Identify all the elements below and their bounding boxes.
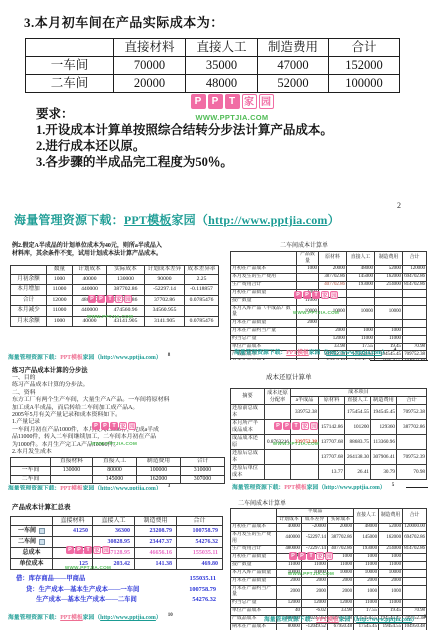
- row-label: 期末在产品成本: [231, 623, 277, 630]
- journal-entry: 借：库存商品——甲商品155035.11贷：生产成本—基本生产成本——一车间10…: [16, 574, 216, 606]
- download-footer: 海量管理资源下载：PPT模板家园（http://www.pptjia.com）4: [234, 347, 396, 356]
- cost-restoration-table: 摘要 成本还原分配率 成本项目 a半成品 原材料 直接人工 制造费用 合计 还原…: [230, 388, 427, 480]
- cell: 12000: [302, 600, 328, 608]
- cell: 1000: [354, 585, 379, 599]
- footer-text: 家园: [171, 213, 195, 227]
- cell: 67950.48: [328, 623, 354, 630]
- table-row: 还原前总成本339752.38175454.55194545.45709752.…: [231, 405, 427, 420]
- cell: 814702.86: [403, 282, 427, 290]
- slide-title: 产品成本计算汇总表: [12, 502, 71, 511]
- slide-workshop2-plan-cost-sheet: 二车间成本计算单 半成品 直接人工 制造费用 合计 计划成本 成本差异 实际成本…: [228, 490, 428, 630]
- cell: 35000: [186, 57, 258, 75]
- header-cell: 直接人工: [354, 509, 379, 524]
- cell: 12000: [47, 295, 73, 306]
- header-cell: [11, 458, 51, 467]
- download-footer: 海量管理资源下载：PPT模板家园（http://www.pptjia.com）5: [232, 482, 394, 490]
- cell: -12049.52: [302, 623, 328, 630]
- header-cell: 成本差异: [302, 516, 328, 524]
- cell: [375, 289, 403, 297]
- row-label: 还原后总成本: [231, 450, 265, 465]
- cell: 387702.86: [328, 532, 354, 546]
- pptjia-url-link[interactable]: http://www.pptjia.com: [100, 615, 156, 621]
- cell: 11000: [375, 335, 403, 343]
- table-row: 本月增加11000440000387702.86-52297.14-0.1188…: [11, 285, 219, 296]
- cell: [265, 450, 291, 465]
- cell: 814702.86: [403, 546, 427, 554]
- header-cell: 计划成本差异: [145, 266, 185, 275]
- pptjia-template-link[interactable]: PPT模板: [60, 615, 83, 621]
- cell: [319, 319, 347, 327]
- cell: 23447.37: [135, 537, 177, 548]
- cell: 48000: [347, 266, 375, 274]
- cell: 104950.48: [403, 623, 427, 630]
- cell: 10000: [347, 305, 375, 319]
- cell: 125: [53, 559, 93, 570]
- cell: 407702.86: [328, 546, 354, 554]
- cell: [297, 274, 319, 282]
- header-cell: 直接人工: [93, 458, 137, 467]
- row-label: 生产费用合计: [231, 546, 277, 554]
- cell: [53, 537, 93, 548]
- header-cell: 直接材料: [53, 517, 93, 526]
- cell: [319, 297, 347, 305]
- cell: 2000: [302, 585, 328, 599]
- journal-line: 借：库存商品——甲商品155035.11: [16, 574, 216, 585]
- page-number: 10: [168, 613, 173, 618]
- row-label: 二车间: [26, 75, 114, 93]
- row-label: 月末在产品约当产量: [231, 327, 297, 335]
- journal-line: 生产成本—基本生产成本——二车间54276.32: [16, 595, 216, 606]
- cell: 2000: [277, 577, 302, 585]
- cell: 11000: [302, 562, 328, 570]
- cost-summary-table: 直接材料直接人工制造费用合计一车间412503630023208.7910075…: [10, 516, 223, 570]
- cell: 90000: [145, 274, 185, 285]
- cell: 339752.38: [291, 405, 319, 420]
- cell: 30828.95: [93, 537, 135, 548]
- cell: 1000: [297, 289, 319, 297]
- pptjia-template-link[interactable]: PPT模板: [124, 213, 172, 227]
- footer-text: （: [196, 213, 208, 227]
- cell: [265, 405, 291, 420]
- header-cell: 合计: [403, 509, 427, 524]
- cell: 12000: [319, 335, 347, 343]
- table-row: 一车间700003500047000152000: [26, 57, 400, 75]
- footer-text: ）: [156, 615, 162, 621]
- table-row: 月末在产品数量20002000200020002000: [231, 577, 427, 585]
- cell: 10000: [319, 305, 347, 319]
- cell: [291, 420, 319, 435]
- table-row: 约当总产量120001100011000: [231, 335, 427, 343]
- row-label: 生产费用合计: [231, 282, 297, 290]
- cell: 193000: [354, 546, 379, 554]
- cell: 80000: [277, 623, 302, 630]
- header-cell: 直接人工: [93, 517, 135, 526]
- cell: 11000: [354, 562, 379, 570]
- cell: 307000: [181, 475, 225, 484]
- slide-workshop2-cost-sheet: 二车间成本计算单 产品数量原材料直接人工制造费用合计月初在产品成本1000200…: [228, 235, 428, 360]
- text-line: 练习产品成本计算的分步法。: [12, 382, 228, 389]
- cell: 155035.11: [177, 548, 223, 559]
- table-row: 总成本4125067128.9546656.16155035.11: [11, 548, 223, 559]
- cell: 41250: [53, 548, 93, 559]
- row-label: 约当总产量: [231, 335, 297, 343]
- header-cell: 直接人工: [186, 39, 258, 57]
- pptjia-url-link[interactable]: http://www.pptjia.com: [356, 617, 412, 623]
- cell: [297, 327, 319, 335]
- cell: 48000: [186, 75, 258, 93]
- table-row: 月末在产品数量2000: [231, 319, 427, 327]
- header-cell: 计划成本: [277, 516, 302, 524]
- cell: 10000: [375, 305, 403, 319]
- cell: 1000: [379, 585, 403, 599]
- cell: 100000: [329, 75, 400, 93]
- cell: -20000: [302, 524, 328, 532]
- table-row: 合计12000480000517702.8637702.860.0785476: [11, 295, 219, 306]
- cell: 48000: [354, 524, 379, 532]
- cell: 694702.86: [403, 532, 427, 546]
- table-row: 本月入库产品数量1000010000100001000010000: [231, 570, 427, 578]
- cell: 480000: [73, 295, 107, 306]
- cell: [403, 305, 427, 319]
- cell: 70000: [114, 57, 186, 75]
- cell: 10000: [277, 570, 302, 578]
- header-cell: 合计: [397, 397, 427, 405]
- cell: 120000: [403, 266, 427, 274]
- cell: 52000: [379, 524, 403, 532]
- cell: 11000: [297, 297, 319, 305]
- text-line: 品11000件，转入二车间继续加工，二车间本月初在产品: [12, 434, 228, 441]
- cell: 407702.86: [319, 282, 347, 290]
- text-line: 材料库，其余条件不变，试用计划成本法计算产品成本。: [12, 250, 222, 258]
- table-row: 月初在产品数量1000: [231, 289, 427, 297]
- download-footer: 海量管理资源下载：PPT模板家园（http://www.pptjia.com）8: [8, 352, 170, 360]
- header-cell: 制造费用: [379, 509, 403, 524]
- row-label: 本月发生的生产费用: [231, 274, 297, 282]
- download-footer: 海量管理资源下载：PPT模板家园（http://www.pptjia.com）9: [264, 614, 426, 623]
- cell: 2.25: [185, 274, 219, 285]
- cell: 12000: [277, 600, 302, 608]
- cell: 694702.86: [403, 274, 427, 282]
- workshop2-plan-cost-table: 半成品 直接人工 制造费用 合计 计划成本 成本差异 实际成本 月初在产品成本4…: [230, 508, 427, 630]
- cell: [375, 297, 403, 305]
- cell: 1000: [47, 274, 73, 285]
- text-line: 为1000件。本月生产完工A产品10000件。: [12, 442, 228, 449]
- cell: 19454.55: [379, 623, 403, 630]
- cell: 37702.86: [145, 295, 185, 306]
- cell: 162000: [375, 274, 403, 282]
- cell: 709752.39: [397, 450, 427, 465]
- cell: [297, 282, 319, 290]
- text-line: 1.产量记录: [12, 419, 228, 426]
- cell: 387702.86: [397, 420, 427, 435]
- cell: 43141.905: [107, 316, 145, 327]
- table-row: 月末在产品约当产量200010001000: [231, 327, 427, 335]
- opening-wip-cost-table: 直接材料直接人工制造费用合计一车间700003500047000152000二车…: [25, 38, 400, 93]
- cell: 20000: [328, 524, 354, 532]
- cell: [403, 577, 427, 585]
- header-cell: 制造费用: [137, 458, 181, 467]
- footer-text: 家园: [339, 617, 351, 623]
- footer-text: 家园: [309, 350, 321, 356]
- cell: 214000: [375, 282, 403, 290]
- slide-cost-summary: 产品成本计算汇总表 直接材料直接人工制造费用合计一车间4125036300232…: [0, 490, 228, 630]
- text-line: 东方工厂有两个生产车间，大量生产A产品。一车间将原材料: [12, 397, 228, 404]
- cell: 13.77: [319, 465, 345, 480]
- cell: 145000: [347, 274, 375, 282]
- cell: 517702.86: [107, 295, 145, 306]
- header-cell: 成本项目: [291, 389, 427, 397]
- cell: 17545.45: [354, 623, 379, 630]
- cell: [403, 289, 427, 297]
- pptjia-url-link[interactable]: http://www.pptjia.com: [326, 350, 382, 356]
- row-label: 投产数量: [231, 297, 297, 305]
- slide-exercise-material: 练习产品成本计算的分步法 一、目的练习产品成本计算的分步法。二、资料东方工厂有两…: [0, 360, 228, 490]
- slide-cost-restoration: 成本还原计算单 摘要 成本还原分配率 成本项目 a半成品 原材料 直接人工 制造…: [228, 360, 428, 490]
- cell: 11000: [47, 306, 73, 317]
- monthly-cost-table: 直接材料直接人工制造费用合计一车间13000080000100000310000…: [10, 457, 225, 484]
- cell: 40000: [73, 316, 107, 327]
- cell: 137707.68: [319, 450, 345, 465]
- cell: 10000: [379, 570, 403, 578]
- row-label: 月末在产品数量: [231, 319, 297, 327]
- pptjia-template-link[interactable]: PPT模板: [316, 617, 339, 623]
- table-row: 投产数量11000: [231, 297, 427, 305]
- cell: 10000: [302, 570, 328, 578]
- cell: 11000: [47, 285, 73, 296]
- pptjia-template-link[interactable]: PPT模板: [286, 350, 309, 356]
- cell: [297, 335, 319, 343]
- header-cell: 实际成本: [328, 516, 354, 524]
- header-cell: 计划成本: [73, 266, 107, 275]
- footer-text: ）: [328, 213, 340, 227]
- cell: 709752.38: [403, 351, 427, 359]
- cell: 1000: [354, 554, 379, 562]
- cell: 70.98: [403, 343, 427, 351]
- cell: 130000: [51, 466, 93, 475]
- header-cell: 合计: [403, 252, 427, 266]
- journal-account: 贷：生产成本—基本生产成本——一车间: [26, 585, 139, 596]
- download-footer: 海量管理资源下载：PPT模板家园（http://www.pptjia.com）1…: [8, 612, 173, 621]
- table-row: 二车间30828.9523447.3754276.32: [11, 537, 223, 548]
- row-label: 还原前总成本: [231, 405, 265, 420]
- text-line: 2.本月发生成本: [12, 449, 228, 456]
- plan-cost-ledger-table: 数量计划成本实际成本计划成本差异成本差异率月初余额100040000130000…: [10, 265, 219, 327]
- journal-account: 借：库存商品——甲商品: [16, 574, 85, 585]
- cell: 11000: [354, 600, 379, 608]
- header-cell: 制造费用: [375, 252, 403, 266]
- header-cell: 制造费用: [135, 517, 177, 526]
- table-row: 月末余额10004000043141.9053141.9050.0785476: [11, 316, 219, 327]
- header-cell: [26, 39, 114, 57]
- cell: 141.38: [135, 559, 177, 570]
- cell: 40000: [73, 274, 107, 285]
- cell: 440000: [73, 306, 107, 317]
- cell: 11000: [379, 562, 403, 570]
- exercise-text: 一、目的练习产品成本计算的分步法。二、资料东方工厂有两个生产车间，大量生产A产品…: [12, 375, 228, 456]
- cell: 0.0785476: [185, 295, 219, 306]
- journal-line: 贷：生产成本—基本生产成本——一车间100758.79: [16, 585, 216, 596]
- header-cell: 原材料: [319, 252, 347, 266]
- cell: 1000: [375, 327, 403, 335]
- footer-text: 海量管理资源下载：: [14, 213, 124, 227]
- row-label: 单位成本: [11, 559, 53, 570]
- table-row: 投产数量1100011000110001100011000: [231, 562, 427, 570]
- cell: [319, 289, 347, 297]
- cell: 193000: [347, 282, 375, 290]
- cell: 34560.955: [145, 306, 185, 317]
- cell: 11000: [277, 562, 302, 570]
- page-number: 4: [394, 348, 397, 353]
- cell: 152000: [329, 57, 400, 75]
- cell: -0.118857: [185, 285, 219, 296]
- cell: [291, 465, 319, 480]
- cell: 157142.86: [319, 420, 345, 435]
- slide-title: 练习产品成本计算的分步法: [12, 365, 88, 374]
- cell: 1000: [347, 327, 375, 335]
- table-row: 月初在产品数量10001000100010001000: [231, 554, 427, 562]
- cell: [403, 570, 427, 578]
- text-line: 要求：: [36, 106, 333, 122]
- cell: 1000: [379, 554, 403, 562]
- page-title: 3.本月初车间在产品实际成本为：: [24, 12, 224, 31]
- cell: 11000: [379, 600, 403, 608]
- cell: 26.41: [345, 465, 371, 480]
- cell: 162000: [379, 532, 403, 546]
- cell: -72297.14: [302, 546, 328, 554]
- journal-amount: 155035.11: [190, 574, 216, 585]
- text-line: 1.开设成本计算单按照综合结转分步法计算产品成本。: [36, 122, 333, 138]
- cell: 20000: [114, 75, 186, 93]
- cell: [403, 319, 427, 327]
- footer-text: 海量管理资源下载：: [234, 350, 286, 356]
- header-cell: 制造费用: [258, 39, 329, 57]
- cell: 23208.79: [135, 526, 177, 537]
- footer-text: 海量管理资源下载：: [8, 615, 60, 621]
- header-cell: 直接材料: [114, 39, 186, 57]
- journal-amount: 100758.79: [189, 585, 216, 596]
- cell: 129360: [371, 420, 397, 435]
- header-cell: 直接人工: [347, 252, 375, 266]
- cell: [375, 319, 403, 327]
- header-cell: 直接人工: [345, 397, 371, 405]
- header-cell: [11, 266, 47, 275]
- cell: 339752.38: [291, 435, 319, 450]
- row-label: 投产数量: [231, 562, 277, 570]
- cell: 2000: [379, 577, 403, 585]
- cell: 11000: [328, 562, 354, 570]
- cell: 10000: [354, 570, 379, 578]
- footer-text: 海量管理资源下载：: [264, 617, 316, 623]
- cell: [185, 306, 219, 317]
- cell: 0.8763216: [265, 435, 291, 450]
- cell: [403, 297, 427, 305]
- row-label: 一车间: [11, 526, 53, 537]
- cell: 1000: [302, 554, 328, 562]
- row-label: 月初在产品成本: [231, 524, 277, 532]
- table-row: 月初在产品成本40000-20000200004800052000120000.…: [231, 524, 427, 532]
- text-line: 2005年5月有关产量记录和成本资料如下。: [12, 412, 228, 419]
- row-label: 本月减少: [11, 306, 47, 317]
- cell: 310000: [181, 466, 225, 475]
- text-line: 加工成A半成品，而后转给二车间加工成产品A。: [12, 405, 228, 412]
- cell: 46656.16: [135, 548, 177, 559]
- cell: 440000: [277, 532, 302, 546]
- cell: [347, 319, 375, 327]
- cell: 88683.75: [345, 435, 371, 450]
- table-row: 月末在产品约当产量20002000200010001000: [231, 585, 427, 599]
- cell: 175454.55: [345, 405, 371, 420]
- cell: 101200: [345, 420, 371, 435]
- page-number: 3: [168, 484, 171, 489]
- row-label: 合计: [11, 295, 47, 306]
- row-label: 本月入库产品（半成品）数量: [231, 305, 297, 319]
- row-label: 一车间: [26, 57, 114, 75]
- page-number: 9: [424, 615, 427, 620]
- pptjia-url-link[interactable]: http://www.pptjia.com: [208, 213, 328, 227]
- page-number: 2: [397, 201, 401, 210]
- header-cell: [11, 517, 53, 526]
- cell: 137707.68: [319, 435, 345, 450]
- download-footer: 海量管理资源下载：PPT模板家园（http://www.pptjia.com）: [14, 211, 340, 228]
- cell: [403, 554, 427, 562]
- cell: 11000: [347, 335, 375, 343]
- cell: 10000: [328, 570, 354, 578]
- row-label: 月末余额: [11, 316, 47, 327]
- slide-title: 成本还原计算单: [266, 372, 312, 381]
- cell: 40000: [277, 524, 302, 532]
- cell: [403, 327, 427, 335]
- row-label: 总成本: [11, 548, 53, 559]
- header-cell: 成本差异率: [185, 266, 219, 275]
- table-row: 约当总产量1200012000120001100011000: [231, 600, 427, 608]
- table-row: 期末在产品成本80000-12049.5267950.4817545.45194…: [231, 623, 427, 630]
- cell: [265, 420, 291, 435]
- cell: 2000: [277, 585, 302, 599]
- cell: [291, 450, 319, 465]
- cell: [403, 335, 427, 343]
- cell: 70.98: [397, 465, 427, 480]
- row-label: 本月所产半成品成本: [231, 420, 265, 435]
- requirements-text: 要求：1.开设成本计算单按照综合结转分步法计算产品成本。2.进行成本还以原。3.…: [36, 106, 333, 170]
- cell: -52297.14: [145, 285, 185, 296]
- cell: 709752.38: [397, 405, 427, 420]
- cell: -52297.14: [302, 532, 328, 546]
- cell: [403, 562, 427, 570]
- row-label: 月末在产品数量: [231, 577, 277, 585]
- header-cell: a半成品: [291, 397, 319, 405]
- cell: [403, 585, 427, 599]
- row-label: 二车间: [11, 537, 53, 548]
- cell: 47000: [258, 57, 329, 75]
- cell: 214000: [379, 546, 403, 554]
- cell: 1000: [47, 316, 73, 327]
- page-number: 8: [168, 353, 171, 358]
- row-label: 月初在产品成本: [231, 266, 297, 274]
- header-cell: 合计: [177, 517, 223, 526]
- table-row: 本月所产半成品成本157142.86101200129360387702.86: [231, 420, 427, 435]
- cell: 387702.86: [107, 285, 145, 296]
- cell: 203.42: [93, 559, 135, 570]
- cell: 194545.45: [371, 405, 397, 420]
- example-text: 例2.假定A半成品的计划单位成本为40元，则所a半成品入材料库，其余条件不变，试…: [12, 242, 222, 258]
- header-cell: 半成品: [277, 509, 354, 517]
- table-row: 还原后单位成本13.7726.4130.7970.98: [231, 465, 427, 480]
- cell: 1000: [297, 266, 319, 274]
- text-line: 2.进行成本还以原。: [36, 138, 333, 154]
- row-label: 月初余额: [11, 274, 47, 285]
- cell: 307906.41: [371, 450, 397, 465]
- cell: 2000: [328, 577, 354, 585]
